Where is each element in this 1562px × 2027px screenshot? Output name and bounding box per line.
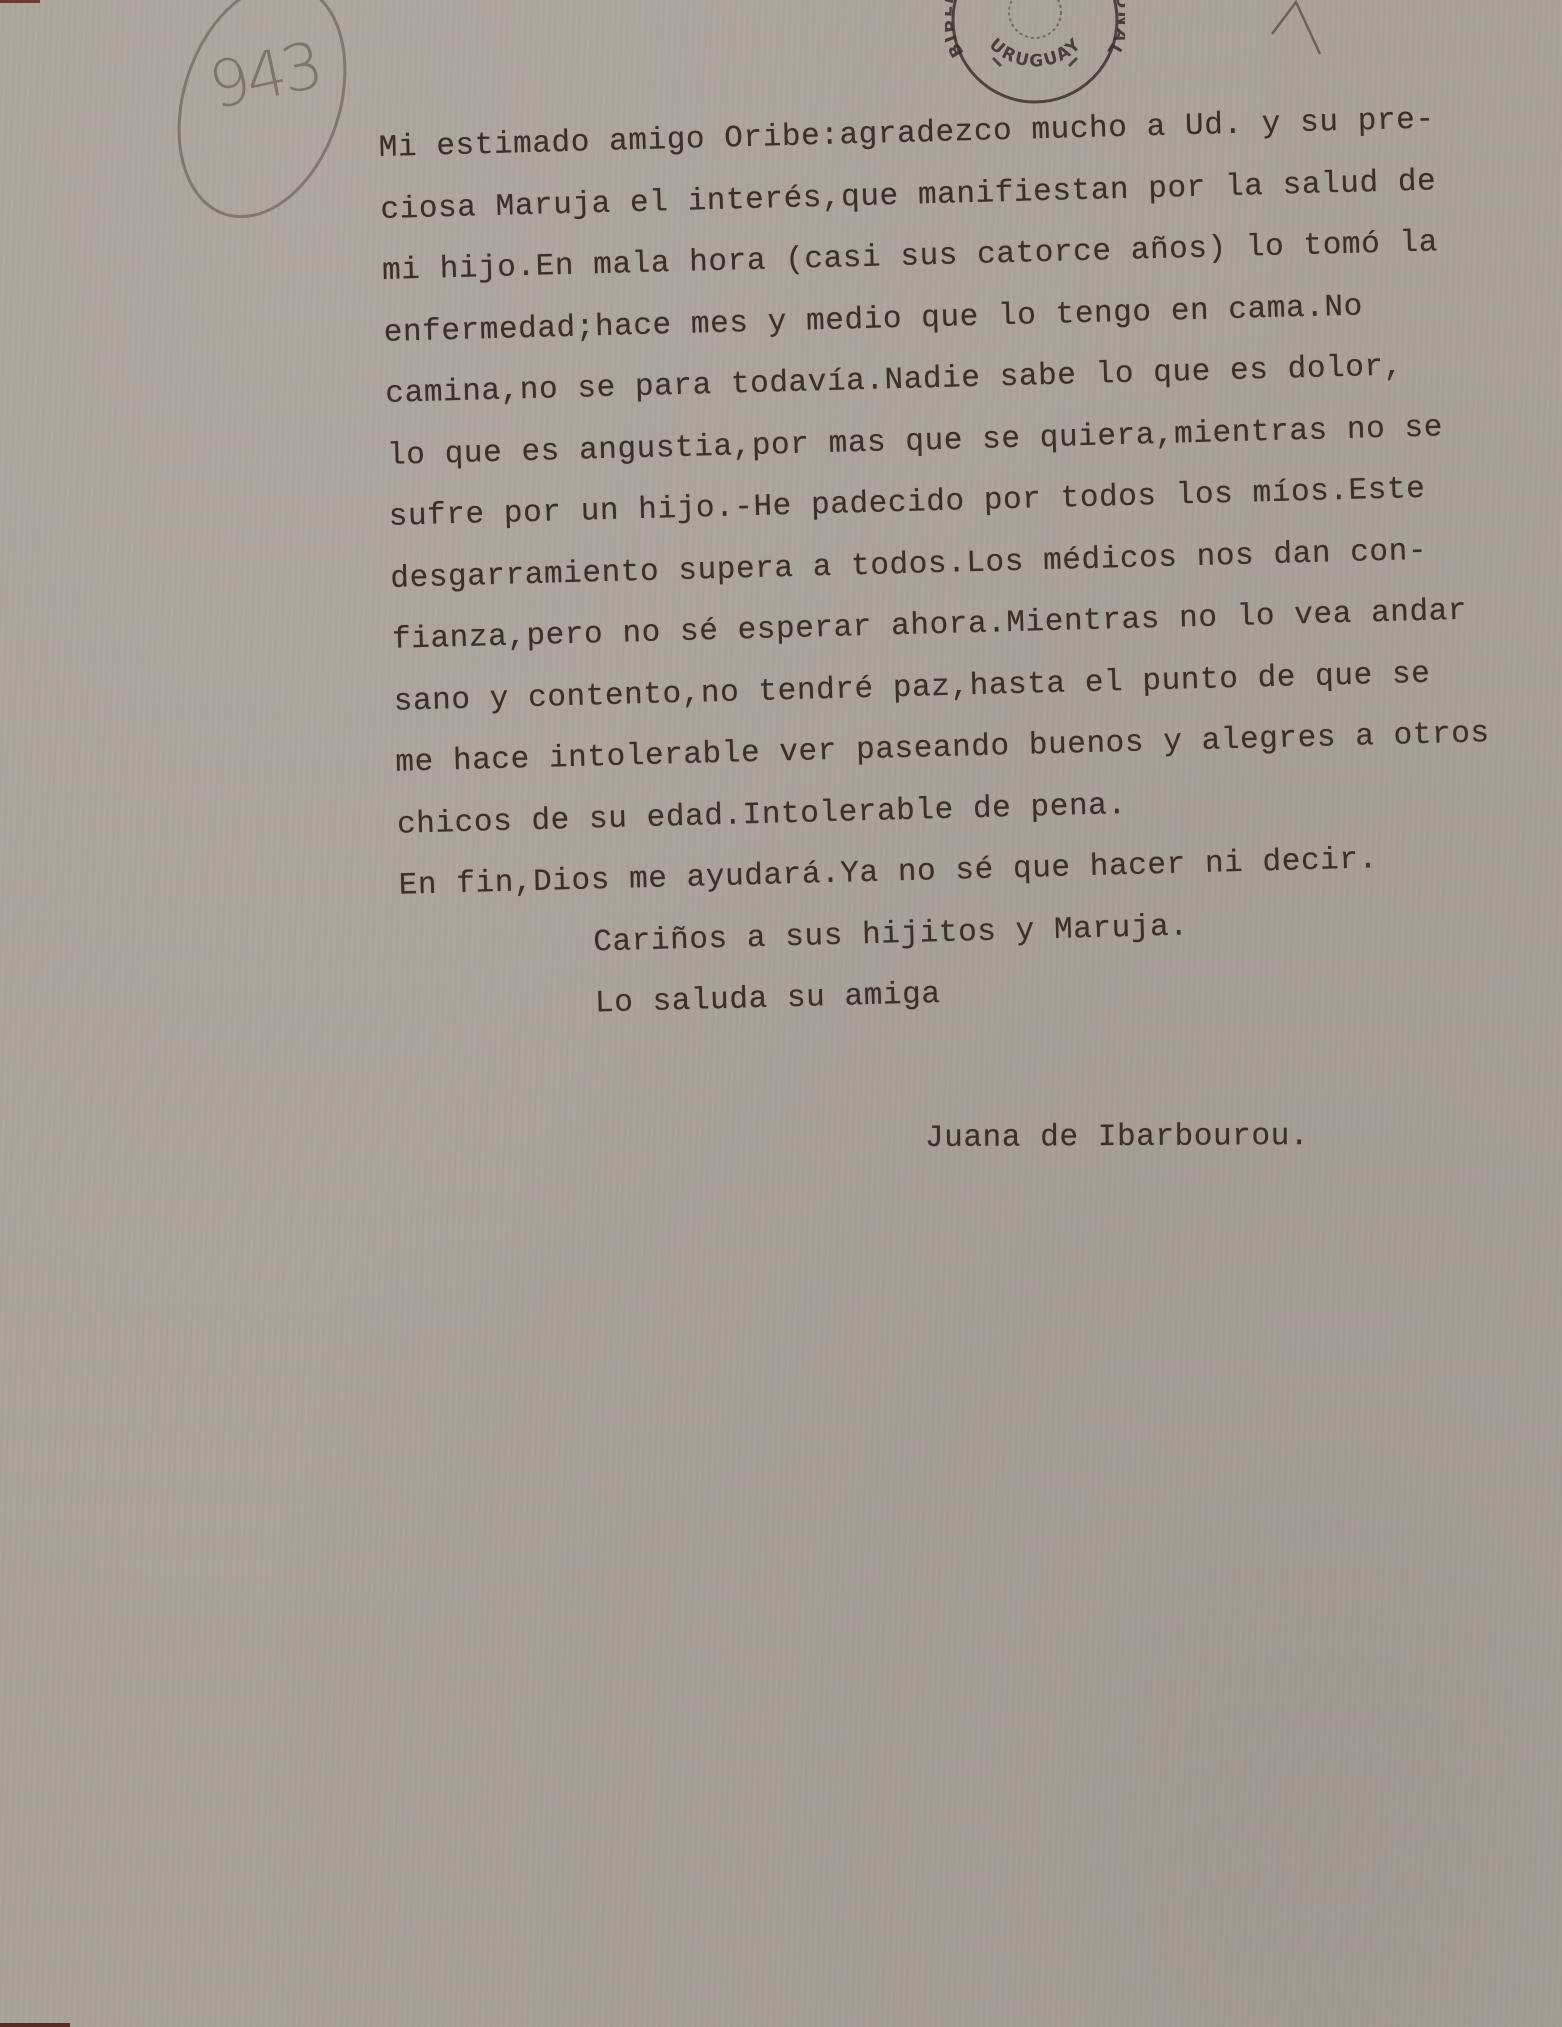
scan-edge xyxy=(0,2023,70,2027)
svg-text:ONAL: ONAL xyxy=(1102,0,1125,61)
caret-icon xyxy=(1268,0,1328,58)
signature: Juana de Ibarbourou. xyxy=(925,1119,1309,1156)
svg-text:BIBLI: BIBLI xyxy=(945,0,968,61)
stamp-left-text: BIBLI xyxy=(945,0,968,61)
archive-number-annotation: 943 xyxy=(136,0,388,251)
circle-outline-icon xyxy=(136,0,388,251)
library-stamp: URUGUAY BIBLI ONAL xyxy=(945,0,1125,110)
letter-body: Mi estimado amigo Oribe:agradezco mucho … xyxy=(378,87,1553,1040)
stamp-right-text: ONAL xyxy=(1102,0,1125,61)
scan-edge xyxy=(0,0,40,3)
letter-page: 943 URUGUAY BIBLI ONAL xyxy=(0,0,1562,2027)
pencil-caret-mark xyxy=(1268,0,1328,58)
stamp-seal-icon: URUGUAY BIBLI ONAL xyxy=(945,0,1125,110)
